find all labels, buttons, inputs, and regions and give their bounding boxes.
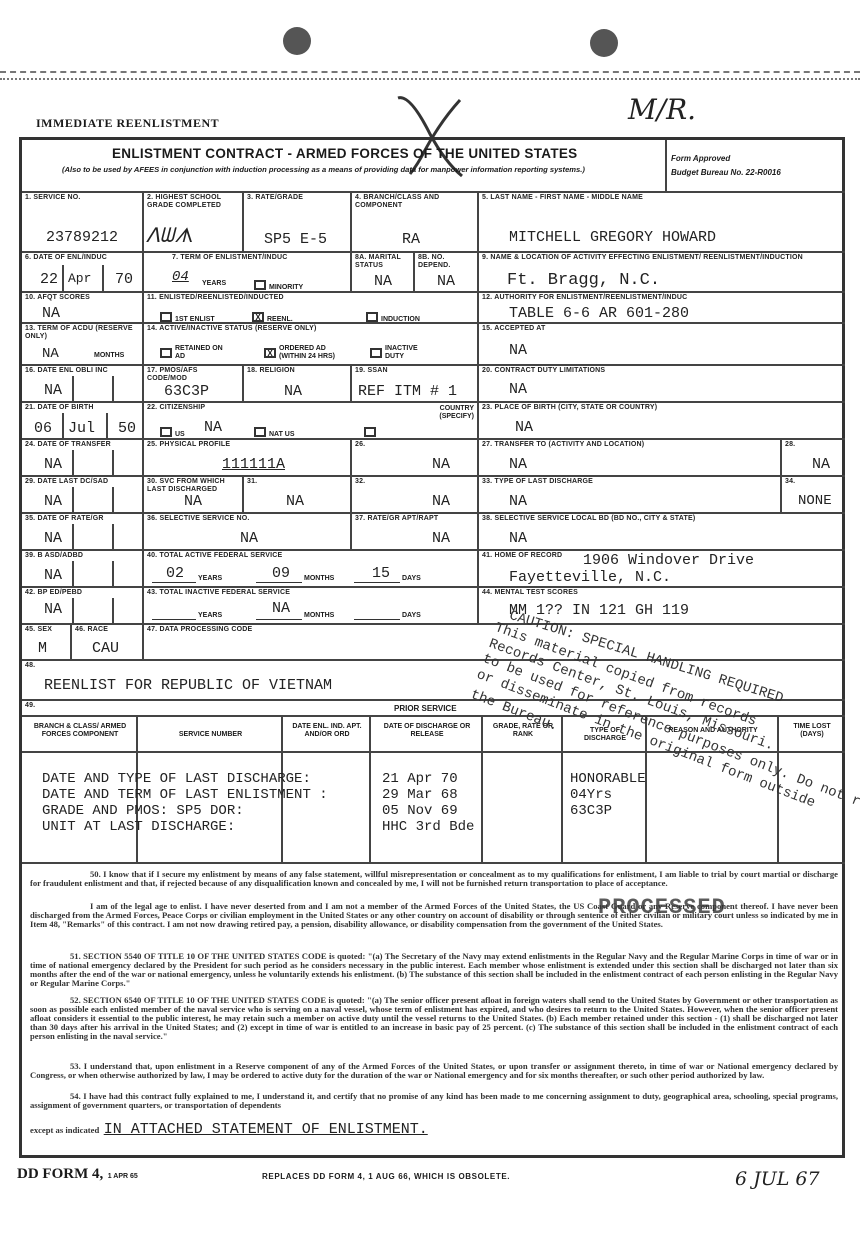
field-label: 8a. MARITAL STATUS: [355, 254, 415, 270]
field-label: 22. CITIZENSHIP: [147, 404, 205, 412]
field-label: 30. SVC FROM WHICH LAST DISCHARGED: [147, 478, 242, 494]
prior-service-date: HHC 3rd Bde: [382, 819, 474, 835]
date-of-transfer-value: NA: [44, 456, 62, 473]
enlist-year: 70: [115, 271, 133, 288]
field-label: 15. ACCEPTED AT: [482, 325, 545, 333]
date-last-dc-value: NA: [44, 493, 62, 510]
field-label: 42. BP ED/PEBD: [25, 589, 82, 597]
budget-bureau-number: Budget Bureau No. 22-R0016: [671, 168, 781, 177]
scan-line: [0, 78, 860, 80]
days-label: DAYS: [402, 575, 421, 582]
school-grade-handwriting: ᐱᗯᗑ: [146, 223, 193, 247]
form-approved-box: Form Approved Budget Bureau No. 22-R0016: [667, 140, 845, 193]
form-number: DD FORM 4, 1 APR 65: [17, 1165, 138, 1183]
form-subtitle: (Also to be used by AFEES in conjunction…: [62, 166, 622, 174]
field-pmos[interactable]: 17. PMOS/AFS CODE/MOD 63C3P: [144, 366, 244, 403]
retained-on-ad-checkbox[interactable]: RETAINED ON AD: [160, 344, 225, 362]
field-home-of-record[interactable]: 41. HOME OF RECORD 1906 Windover Drive F…: [479, 551, 845, 588]
form-title: ENLISTMENT CONTRACT - ARMED FORCES OF TH…: [112, 146, 578, 161]
field-label: 32.: [355, 478, 365, 486]
field-label: 33. TYPE OF LAST DISCHARGE: [482, 478, 593, 486]
field-label: 47. DATA PROCESSING CODE: [147, 626, 252, 634]
field-physical-profile[interactable]: 25. PHYSICAL PROFILE 111111A: [144, 440, 352, 477]
field-date-of-transfer[interactable]: 24. DATE OF TRANSFER NA: [22, 440, 144, 477]
days-label: DAYS: [402, 612, 421, 619]
birth-year: 50: [118, 420, 136, 437]
field-date-of-birth[interactable]: 21. DATE OF BIRTH 06 Jul 50: [22, 403, 144, 440]
ordered-ad-checkbox[interactable]: XORDERED AD (within 24 hrs): [264, 344, 349, 362]
contract-duty-value: NA: [509, 381, 527, 398]
field-label: 3. RATE/GRADE: [247, 194, 303, 202]
minority-checkbox[interactable]: MINORITY: [254, 276, 303, 293]
column-header: DATE OF DISCHARGE OR RELEASE: [371, 717, 483, 753]
field-label: 40. TOTAL ACTIVE FEDERAL SERVICE: [147, 552, 282, 560]
citizenship-value: NA: [204, 419, 222, 436]
religion-value: NA: [284, 383, 302, 400]
years-label: YEARS: [202, 280, 226, 287]
field-bp-ed[interactable]: 42. BP ED/PEBD NA: [22, 588, 144, 625]
years-label: YEARS: [198, 612, 222, 619]
column-header: DATE ENL. IND. APT. AND/OR ORD: [283, 717, 371, 753]
form-approved-label: Form Approved: [671, 154, 730, 163]
minority-label: MINORITY: [269, 284, 303, 291]
field-label: 8b. NO. DEPEND.: [418, 254, 473, 270]
home-of-record-line1: 1906 Windover Drive: [583, 552, 754, 569]
field-label: 34.: [785, 478, 795, 486]
enlistment-contract-form: ENLISTMENT CONTRACT - ARMED FORCES OF TH…: [19, 137, 845, 1158]
birth-day: 06: [34, 420, 52, 437]
dependents-value: NA: [437, 273, 455, 290]
nat-us-label: NAT US: [269, 431, 295, 438]
punch-hole-right: [590, 29, 618, 57]
prior-service-line: UNIT AT LAST DISCHARGE:: [42, 819, 328, 835]
selective-service-local-value: NA: [509, 530, 527, 547]
field-label: 5. LAST NAME - FIRST NAME - MIDDLE NAME: [482, 194, 643, 202]
active-years-value: 02: [166, 565, 184, 582]
field-31-value: NA: [286, 493, 304, 510]
field-label: 23. PLACE OF BIRTH (City, state or count…: [482, 404, 657, 412]
field-label: 28.: [785, 441, 795, 449]
field-26-value: NA: [432, 456, 450, 473]
prior-service-date: 05 Nov 69: [382, 803, 474, 819]
field-total-inactive-federal-service[interactable]: 43. TOTAL INACTIVE FEDERAL SERVICE YEARS…: [144, 588, 479, 625]
inactive-duty-checkbox[interactable]: INACTIVE DUTY: [370, 344, 435, 362]
prior-service-dates: 21 Apr 70 29 Mar 68 05 Nov 69 HHC 3rd Bd…: [382, 771, 474, 835]
field-label: 17. PMOS/AFS CODE/MOD: [147, 367, 217, 383]
transfer-to-value: NA: [509, 456, 527, 473]
physical-profile-value: 111111A: [222, 456, 285, 473]
rate-grade-value: SP5 E-5: [264, 231, 327, 248]
prior-service-discharge-info: HONORABLE 04Yrs 63C3P: [570, 771, 646, 819]
discharge-info-line: 04Yrs: [570, 787, 646, 803]
clause-52: 52. SECTION 6540 OF TITLE 10 OF THE UNIT…: [30, 996, 838, 1041]
field-enlisted-reenlisted-inducted[interactable]: 11. ENLISTED/REENLISTED/INDUCTED 1ST ENL…: [144, 293, 479, 324]
prior-service-date: 29 Mar 68: [382, 787, 474, 803]
enlist-month: Apr: [68, 271, 91, 286]
field-date-enl-obli[interactable]: 16. DATE ENL OBLI INC NA: [22, 366, 144, 403]
active-days-value: 15: [372, 565, 390, 582]
sex-value: M: [38, 640, 47, 657]
field-31[interactable]: 31. NA: [244, 477, 352, 514]
field-label: 29. DATE LAST DC/SAD: [25, 478, 108, 486]
field-label: 27. TRANSFER TO (Activity and location): [482, 441, 644, 449]
induction-label: INDUCTION: [381, 316, 420, 323]
citizenship-country-checkbox[interactable]: [364, 423, 379, 440]
home-of-record-line2: Fayetteville, N.C.: [509, 569, 671, 586]
field-label: 4. BRANCH/CLASS AND COMPONENT: [355, 194, 465, 210]
rate-gr-apt-value: NA: [432, 530, 450, 547]
form-number-label: DD FORM 4,: [17, 1166, 103, 1182]
b-asd-value: NA: [44, 567, 62, 584]
field-type-last-discharge[interactable]: 33. TYPE OF LAST DISCHARGE NA: [479, 477, 782, 514]
prior-service-line: DATE AND TERM OF LAST ENLISTMENT :: [42, 787, 328, 803]
reenlist-label: REENL.: [267, 316, 293, 323]
handwritten-date: 6 JUL 67: [735, 1168, 820, 1190]
field-28-value: NA: [812, 456, 830, 473]
field-contract-duty-limitations[interactable]: 20. CONTRACT DUTY LIMITATIONS NA: [479, 366, 845, 403]
field-race[interactable]: 46. RACE CAU: [72, 625, 144, 661]
svc-last-discharged-value: NA: [184, 493, 202, 510]
field-label: 31.: [247, 478, 257, 486]
country-specify-label: COUNTRY (Specify): [414, 405, 474, 421]
field-highest-school-grade[interactable]: 2. HIGHEST SCHOOL GRADE COMPLETED ᐱᗯᗑ: [144, 193, 244, 253]
field-b-asd[interactable]: 39. B ASD/ADBD NA: [22, 551, 144, 588]
field-label: 45. SEX: [25, 626, 52, 634]
field-label: 36. SELECTIVE SERVICE NO.: [147, 515, 250, 523]
field-label: 44. MENTAL TEST SCORES: [482, 589, 578, 597]
remarks-value: REENLIST FOR REPUBLIC OF VIETNAM: [44, 677, 332, 694]
field-term-of-acdu[interactable]: 13. TERM OF ACDU (Reserve only) NA MONTH…: [22, 324, 144, 366]
clause-51: 51. SECTION 5540 OF TITLE 10 OF THE UNIT…: [30, 952, 838, 988]
accepted-at-value: NA: [509, 342, 527, 359]
first-enlist-checkbox[interactable]: 1ST ENLIST: [160, 308, 215, 324]
except-prefix: except as indicated: [30, 1125, 99, 1135]
punch-hole-left: [283, 27, 311, 55]
inactive-months-value: NA: [272, 600, 290, 617]
field-32[interactable]: 32. NA: [352, 477, 479, 514]
field-label: 14. ACTIVE/INACTIVE STATUS (Reserve only…: [147, 325, 317, 333]
except-value: IN ATTACHED STATEMENT OF ENLISTMENT.: [104, 1121, 428, 1138]
column-header: BRANCH & CLASS/ ARMED FORCES COMPONENT: [22, 717, 138, 753]
handwritten-mr-mark: M/R.: [628, 93, 696, 126]
inactive-label: INACTIVE DUTY: [385, 345, 435, 361]
field-34[interactable]: 34. NONE: [782, 477, 845, 514]
field-label: 39. B ASD/ADBD: [25, 552, 83, 560]
clause-53: 53. I understand that, upon enlistment i…: [30, 1062, 838, 1080]
field-32-value: NA: [432, 493, 450, 510]
field-label: 35. DATE OF RATE/GR: [25, 515, 104, 523]
place-of-birth-value: NA: [515, 419, 533, 436]
field-label: 11. ENLISTED/REENLISTED/INDUCTED: [147, 294, 284, 302]
field-label: 49.: [25, 702, 35, 710]
processed-stamp: PROCESSED: [598, 895, 726, 920]
field-label: 1. SERVICE NO.: [25, 194, 81, 202]
form-date-label: 1 APR 65: [108, 1173, 138, 1180]
field-label: 37. RATE/GR APT/RAPT: [355, 515, 438, 523]
field-label: 18. RELIGION: [247, 367, 295, 375]
retained-label: RETAINED ON AD: [175, 345, 225, 361]
selective-service-no-value: NA: [240, 530, 258, 547]
afqt-value: NA: [42, 305, 60, 322]
ordered-ad-label: ORDERED AD (within 24 hrs): [279, 345, 349, 361]
field-label: 48.: [25, 662, 35, 670]
bp-ed-value: NA: [44, 601, 62, 618]
months-label: MONTHS: [94, 352, 124, 359]
field-label: 13. TERM OF ACDU (Reserve only): [25, 325, 135, 341]
field-label: 9. NAME & LOCATION OF ACTIVITY EFFECTING…: [482, 254, 812, 262]
field-place-of-birth[interactable]: 23. PLACE OF BIRTH (City, state or count…: [479, 403, 845, 440]
field-term-of-enlistment[interactable]: 7. TERM OF ENLISTMENT/INDUC 04 YEARS MIN…: [144, 253, 352, 293]
months-label: MONTHS: [304, 612, 334, 619]
immediate-reenlistment-annotation: IMMEDIATE REENLISTMENT: [36, 116, 219, 131]
date-of-rate-value: NA: [44, 530, 62, 547]
active-months-value: 09: [272, 565, 290, 582]
authority-value: TABLE 6-6 AR 601-280: [509, 305, 689, 322]
field-label: 20. CONTRACT DUTY LIMITATIONS: [482, 367, 605, 375]
prior-service-line: GRADE AND PMOS: SP5 DOR:: [42, 803, 328, 819]
form-title-box: ENLISTMENT CONTRACT - ARMED FORCES OF TH…: [22, 140, 667, 193]
field-sex[interactable]: 45. SEX M: [22, 625, 72, 661]
field-28[interactable]: 28. NA: [782, 440, 845, 477]
clause-54-exception: except as indicated IN ATTACHED STATEMEN…: [30, 1120, 428, 1138]
clause-54: 54. I have had this contract fully expla…: [30, 1092, 838, 1110]
field-label: 25. PHYSICAL PROFILE: [147, 441, 230, 449]
years-label: YEARS: [198, 575, 222, 582]
field-label: 41. HOME OF RECORD: [482, 552, 562, 560]
us-label: US: [175, 431, 185, 438]
field-transfer-to[interactable]: 27. TRANSFER TO (Activity and location) …: [479, 440, 782, 477]
prior-service-title: PRIOR SERVICE: [394, 704, 457, 713]
field-label: 21. DATE OF BIRTH: [25, 404, 94, 412]
field-marital-status[interactable]: 8a. MARITAL STATUS NA: [352, 253, 415, 293]
field-religion[interactable]: 18. RELIGION NA: [244, 366, 352, 403]
type-last-discharge-value: NA: [509, 493, 527, 510]
date-enl-obli-value: NA: [44, 382, 62, 399]
column-header: TIME LOST (Days): [779, 717, 845, 753]
field-label: 43. TOTAL INACTIVE FEDERAL SERVICE: [147, 589, 290, 597]
prior-service-date: 21 Apr 70: [382, 771, 474, 787]
citizenship-nat-us-checkbox[interactable]: NAT US: [254, 423, 295, 440]
field-accepted-at[interactable]: 15. ACCEPTED AT NA: [479, 324, 845, 366]
branch-value: RA: [402, 231, 420, 248]
reenlist-checkbox[interactable]: XREENL.: [252, 308, 293, 324]
field-34-value: NONE: [798, 493, 832, 509]
field-label: 46. RACE: [75, 626, 108, 634]
field-label: 24. DATE OF TRANSFER: [25, 441, 111, 449]
field-ssan[interactable]: 19. SSAN REF ITM # 1: [352, 366, 479, 403]
field-selective-service-no[interactable]: 36. SELECTIVE SERVICE NO. NA: [144, 514, 352, 551]
replaces-note: REPLACES DD FORM 4, 1 AUG 66, WHICH IS O…: [262, 1172, 510, 1181]
induction-checkbox[interactable]: INDUCTION: [366, 308, 420, 324]
field-authority[interactable]: 12. AUTHORITY FOR ENLISTMENT/REENLISTMEN…: [479, 293, 845, 324]
citizenship-us-checkbox[interactable]: US: [160, 423, 185, 440]
field-label: 38. SELECTIVE SERVICE LOCAL BD (Bd No., …: [482, 515, 695, 523]
field-label: 12. AUTHORITY FOR ENLISTMENT/REENLISTMEN…: [482, 294, 687, 302]
field-full-name[interactable]: 5. LAST NAME - FIRST NAME - MIDDLE NAME …: [479, 193, 845, 253]
ssan-value: REF ITM # 1: [358, 383, 457, 400]
discharge-info-line: 63C3P: [570, 803, 646, 819]
field-number-dependents[interactable]: 8b. NO. DEPEND. NA: [415, 253, 479, 293]
birth-month: Jul: [68, 420, 95, 437]
field-rate-gr-apt[interactable]: 37. RATE/GR APT/RAPT NA: [352, 514, 479, 551]
enlist-day: 22: [40, 271, 58, 288]
scan-line: [0, 71, 860, 73]
full-name-value: MITCHELL GREGORY HOWARD: [509, 229, 716, 246]
field-total-active-federal-service[interactable]: 40. TOTAL ACTIVE FEDERAL SERVICE 02 YEAR…: [144, 551, 479, 588]
term-years-value: 04: [172, 269, 189, 285]
field-date-last-dc[interactable]: 29. DATE LAST DC/SAD NA: [22, 477, 144, 514]
field-label: 19. SSAN: [355, 367, 388, 375]
field-label: 26.: [355, 441, 365, 449]
field-rate-grade[interactable]: 3. RATE/GRADE SP5 E-5: [244, 193, 352, 253]
marital-status-value: NA: [374, 273, 392, 290]
prior-service-table: BRANCH & CLASS/ ARMED FORCES COMPONENT S…: [22, 717, 845, 864]
discharge-info-line: HONORABLE: [570, 771, 646, 787]
service-number-value: 23789212: [46, 229, 118, 246]
term-acdu-value: NA: [42, 346, 59, 362]
field-svc-last-discharged[interactable]: 30. SVC FROM WHICH LAST DISCHARGED NA: [144, 477, 244, 514]
field-citizenship[interactable]: 22. CITIZENSHIP US NA NAT US COUNTRY (Sp…: [144, 403, 479, 440]
field-date-of-rate[interactable]: 35. DATE OF RATE/GR NA: [22, 514, 144, 551]
column-header: SERVICE NUMBER: [138, 717, 283, 753]
field-label: 6. DATE OF ENL/INDUC: [25, 254, 107, 262]
field-label: 2. HIGHEST SCHOOL GRADE COMPLETED: [147, 194, 237, 210]
field-label: 16. DATE ENL OBLI INC: [25, 367, 108, 375]
activity-location-value: Ft. Bragg, N.C.: [507, 271, 660, 290]
pmos-value: 63C3P: [164, 383, 209, 400]
months-label: MONTHS: [304, 575, 334, 582]
prior-service-entries: DATE AND TYPE OF LAST DISCHARGE: DATE AN…: [42, 771, 328, 835]
clause-50: 50. I know that if I secure my enlistmen…: [30, 870, 838, 888]
field-selective-service-local-bd[interactable]: 38. SELECTIVE SERVICE LOCAL BD (Bd No., …: [479, 514, 845, 551]
field-date-of-enlistment[interactable]: 6. DATE OF ENL/INDUC 22 Apr 70: [22, 253, 144, 293]
field-service-number[interactable]: 1. SERVICE NO. 23789212: [22, 193, 144, 253]
prior-service-line: DATE AND TYPE OF LAST DISCHARGE:: [42, 771, 328, 787]
field-label: 10. AFQT SCORES: [25, 294, 90, 302]
field-branch-class[interactable]: 4. BRANCH/CLASS AND COMPONENT RA: [352, 193, 479, 253]
field-label: 7. TERM OF ENLISTMENT/INDUC: [172, 254, 287, 262]
first-enlist-label: 1ST ENLIST: [175, 316, 215, 323]
field-activity-location[interactable]: 9. NAME & LOCATION OF ACTIVITY EFFECTING…: [479, 253, 845, 293]
field-afqt-scores[interactable]: 10. AFQT SCORES NA: [22, 293, 144, 324]
field-26[interactable]: 26. NA: [352, 440, 479, 477]
field-active-inactive-status[interactable]: 14. ACTIVE/INACTIVE STATUS (Reserve only…: [144, 324, 479, 366]
race-value: CAU: [92, 640, 119, 657]
